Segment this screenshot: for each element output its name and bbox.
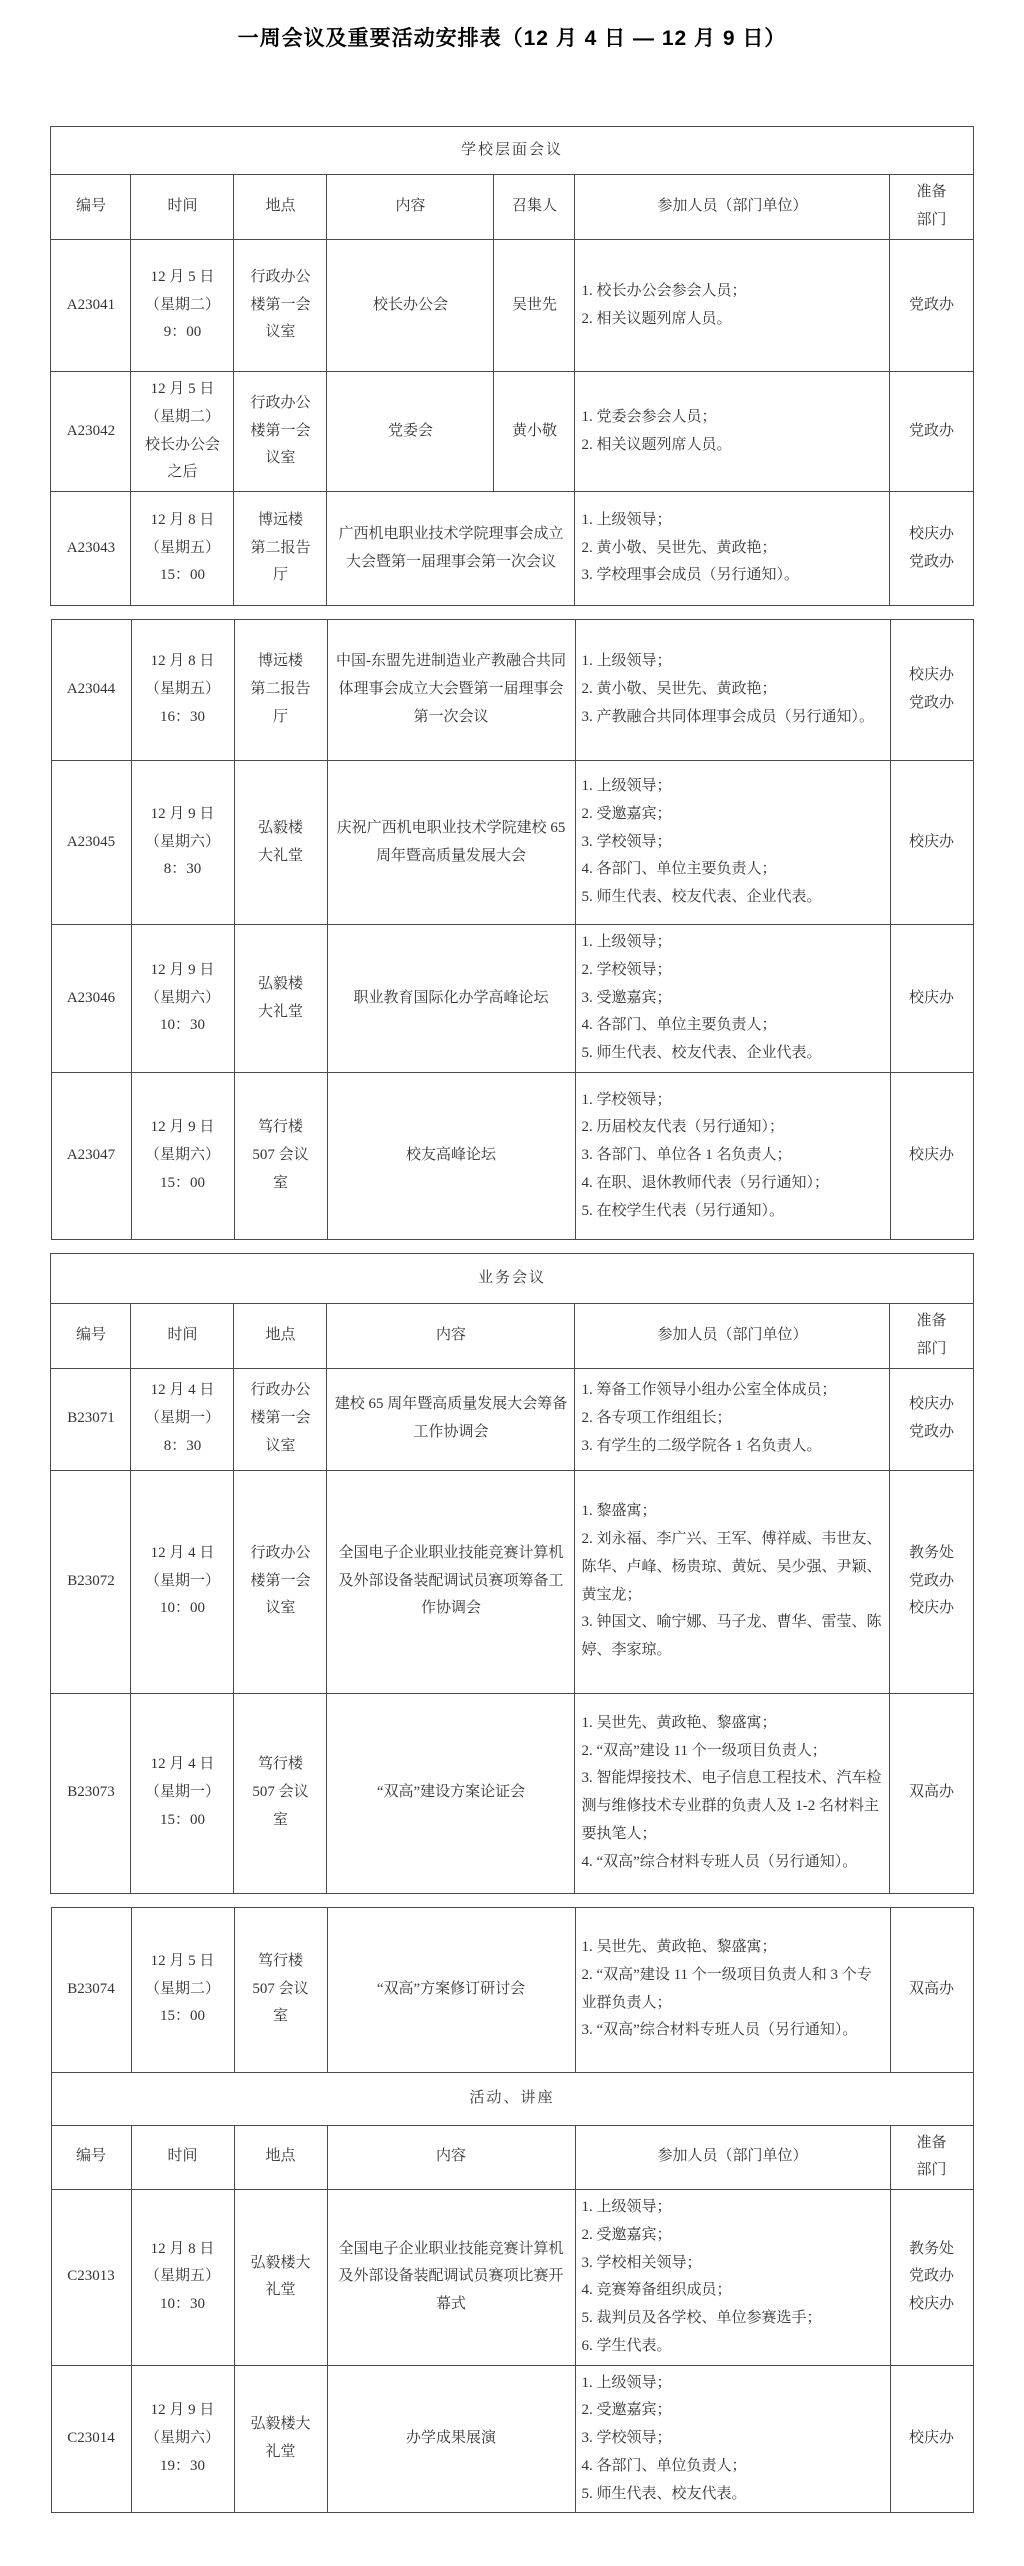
header-prep: 准备 部门	[890, 2125, 973, 2190]
cell-meeting-id: B23071	[51, 1368, 131, 1470]
participant-item: 2. 各专项工作组组长；	[581, 1405, 883, 1433]
table-row: A23045 12 月 9 日 （星期六） 8：30 弘毅楼 大礼堂 庆祝广西机…	[51, 761, 973, 925]
section-title-row: 学校层面会议	[51, 127, 973, 175]
table-row: A23044 12 月 8 日 （星期五） 16：30 博远楼 第二报告 厅 中…	[51, 620, 973, 761]
cell-place: 笃行楼 507 会议 室	[234, 1073, 327, 1240]
section-title-business: 业务会议	[51, 1254, 973, 1304]
participant-item: 3. 学校领导；	[582, 2425, 884, 2453]
header-place: 地点	[234, 2125, 327, 2190]
cell-prep-dept: 党政办	[890, 240, 973, 372]
cell-content: 广西机电职业技术学院理事会成立大会暨第一届理事会第一次会议	[327, 492, 575, 606]
cell-content: 建校 65 周年暨高质量发展大会筹备工作协调会	[327, 1368, 575, 1470]
participant-item: 4. “双高”综合材料专班人员（另行通知）。	[581, 1849, 883, 1877]
school-meetings-table-part2: A23044 12 月 8 日 （星期五） 16：30 博远楼 第二报告 厅 中…	[51, 619, 974, 1240]
participant-item: 5. 裁判员及各学校、单位参赛选手；	[582, 2305, 884, 2333]
cell-prep-dept: 校庆办 党政办	[890, 620, 973, 761]
participant-item: 5. 师生代表、校友代表、企业代表。	[582, 884, 884, 912]
participant-item: 5. 在校学生代表（另行通知）。	[582, 1198, 884, 1226]
table-row: A23046 12 月 9 日 （星期六） 10：30 弘毅楼 大礼堂 职业教育…	[51, 925, 973, 1073]
cell-place: 笃行楼 507 会议 室	[234, 1693, 327, 1893]
participant-item: 1. 上级领导；	[582, 773, 884, 801]
cell-prep-dept: 校庆办	[890, 2365, 973, 2513]
header-participants: 参加人员（部门单位）	[575, 1304, 890, 1369]
participant-item: 3. 受邀嘉宾；	[582, 985, 884, 1013]
section-title-row: 活动、讲座	[51, 2072, 973, 2125]
participant-item: 4. 各部门、单位负责人；	[582, 2453, 884, 2481]
cell-content: 全国电子企业职业技能竞赛计算机及外部设备装配调试员赛项筹备工作协调会	[327, 1470, 575, 1693]
participant-item: 2. 相关议题列席人员。	[581, 306, 883, 334]
cell-time: 12 月 8 日 （星期五） 10：30	[131, 2190, 234, 2366]
cell-participants: 1. 上级领导； 2. 受邀嘉宾； 3. 学校领导； 4. 各部门、单位负责人；…	[575, 2365, 890, 2513]
participant-item: 3. 智能焊接技术、电子信息工程技术、汽车检测与维修技术专业群的负责人及 1-2…	[581, 1765, 883, 1848]
header-id: 编号	[51, 2125, 131, 2190]
document-page: 一周会议及重要活动安排表（12 月 4 日 — 12 月 9 日） 学校层面会议…	[0, 0, 1024, 2566]
cell-participants: 1. 校长办公会参会人员； 2. 相关议题列席人员。	[575, 240, 890, 372]
table-row: B23073 12 月 4 日 （星期一） 15：00 笃行楼 507 会议 室…	[51, 1693, 973, 1893]
cell-time: 12 月 4 日 （星期一） 8：30	[131, 1368, 234, 1470]
header-place: 地点	[234, 175, 327, 240]
cell-time: 12 月 8 日 （星期五） 15：00	[131, 492, 234, 606]
header-id: 编号	[51, 1304, 131, 1369]
participant-item: 2. 受邀嘉宾；	[582, 2397, 884, 2425]
activities-table: B23074 12 月 5 日 （星期二） 15：00 笃行楼 507 会议 室…	[51, 1907, 974, 2514]
cell-place: 行政办公 楼第一会 议室	[234, 372, 327, 492]
cell-meeting-id: C23013	[51, 2190, 131, 2366]
header-place: 地点	[234, 1304, 327, 1369]
cell-prep-dept: 校庆办	[890, 761, 973, 925]
cell-participants: 1. 党委会参会人员； 2. 相关议题列席人员。	[575, 372, 890, 492]
cell-place: 博远楼 第二报告 厅	[234, 492, 327, 606]
cell-meeting-id: A23042	[51, 372, 131, 492]
participant-item: 3. 各部门、单位各 1 名负责人；	[582, 1142, 884, 1170]
participant-item: 1. 筹备工作领导小组办公室全体成员；	[581, 1377, 883, 1405]
header-row: 编号 时间 地点 内容 参加人员（部门单位） 准备 部门	[51, 1304, 973, 1369]
participant-item: 2. 受邀嘉宾；	[582, 801, 884, 829]
participant-item: 1. 学校领导；	[582, 1087, 884, 1115]
table-row: A23043 12 月 8 日 （星期五） 15：00 博远楼 第二报告 厅 广…	[51, 492, 973, 606]
cell-participants: 1. 上级领导； 2. 学校领导； 3. 受邀嘉宾； 4. 各部门、单位主要负责…	[575, 925, 890, 1073]
participant-item: 4. 各部门、单位主要负责人；	[582, 1012, 884, 1040]
cell-meeting-id: A23041	[51, 240, 131, 372]
cell-prep-dept: 双高办	[890, 1693, 973, 1893]
cell-place: 弘毅楼 大礼堂	[234, 761, 327, 925]
cell-time: 12 月 8 日 （星期五） 16：30	[131, 620, 234, 761]
header-time: 时间	[131, 1304, 234, 1369]
participant-item: 1. 校长办公会参会人员；	[581, 278, 883, 306]
participant-item: 3. 钟国文、喻宁娜、马子龙、曹华、雷莹、陈婷、李家琼。	[581, 1609, 883, 1665]
participant-item: 3. 产教融合共同体理事会成员（另行通知）。	[582, 704, 884, 732]
participant-item: 2. 黄小敬、吴世先、黄政艳；	[581, 535, 883, 563]
cell-prep-dept: 教务处 党政办 校庆办	[890, 1470, 973, 1693]
cell-content: 校长办公会	[327, 240, 494, 372]
cell-meeting-id: A23043	[51, 492, 131, 606]
cell-prep-dept: 教务处 党政办 校庆办	[890, 2190, 973, 2366]
table-row: B23071 12 月 4 日 （星期一） 8：30 行政办公 楼第一会 议室 …	[51, 1368, 973, 1470]
cell-participants: 1. 学校领导； 2. 历届校友代表（另行通知）； 3. 各部门、单位各 1 名…	[575, 1073, 890, 1240]
participant-item: 1. 黎盛寓；	[581, 1498, 883, 1526]
participant-item: 6. 学生代表。	[582, 2333, 884, 2361]
participant-item: 2. 相关议题列席人员。	[581, 432, 883, 460]
header-participants: 参加人员（部门单位）	[575, 2125, 890, 2190]
cell-participants: 1. 筹备工作领导小组办公室全体成员； 2. 各专项工作组组长； 3. 有学生的…	[575, 1368, 890, 1470]
participant-item: 3. “双高”综合材料专班人员（另行通知）。	[582, 2017, 884, 2045]
section-title-school: 学校层面会议	[51, 127, 973, 175]
table-row: C23014 12 月 9 日 （星期六） 19：30 弘毅楼大 礼堂 办学成果…	[51, 2365, 973, 2513]
business-meetings-table: 业务会议 编号 时间 地点 内容 参加人员（部门单位） 准备 部门 B23071…	[50, 1253, 973, 1894]
cell-prep-dept: 校庆办	[890, 1073, 973, 1240]
cell-content: 办学成果展演	[327, 2365, 575, 2513]
cell-meeting-id: A23045	[51, 761, 131, 925]
header-content: 内容	[327, 1304, 575, 1369]
cell-time: 12 月 5 日 （星期二） 校长办公会 之后	[131, 372, 234, 492]
page-title: 一周会议及重要活动安排表（12 月 4 日 — 12 月 9 日）	[0, 22, 1024, 52]
cell-content: “双高”建设方案论证会	[327, 1693, 575, 1893]
cell-place: 笃行楼 507 会议 室	[234, 1907, 327, 2072]
participant-item: 2. 刘永福、李广兴、王军、傅祥威、韦世友、陈华、卢峰、杨贵琼、黄妧、吴少强、尹…	[581, 1526, 883, 1609]
participant-item: 1. 上级领导；	[582, 648, 884, 676]
cell-meeting-id: C23014	[51, 2365, 131, 2513]
participant-item: 4. 竞赛筹备组织成员；	[582, 2277, 884, 2305]
cell-meeting-id: A23044	[51, 620, 131, 761]
participant-item: 3. 有学生的二级学院各 1 名负责人。	[581, 1433, 883, 1461]
participant-item: 3. 学校相关领导；	[582, 2250, 884, 2278]
participant-item: 1. 上级领导；	[582, 2370, 884, 2398]
cell-prep-dept: 党政办	[890, 372, 973, 492]
cell-place: 博远楼 第二报告 厅	[234, 620, 327, 761]
header-content: 内容	[327, 175, 494, 240]
participant-item: 3. 学校理事会成员（另行通知）。	[581, 562, 883, 590]
header-row: 编号 时间 地点 内容 参加人员（部门单位） 准备 部门	[51, 2125, 973, 2190]
section-title-activities: 活动、讲座	[51, 2072, 973, 2125]
participant-item: 2. 黄小敬、吴世先、黄政艳；	[582, 676, 884, 704]
header-id: 编号	[51, 175, 131, 240]
participant-item: 1. 上级领导；	[582, 929, 884, 957]
header-prep: 准备 部门	[890, 175, 973, 240]
cell-meeting-id: B23073	[51, 1693, 131, 1893]
cell-meeting-id: A23047	[51, 1073, 131, 1240]
cell-place: 弘毅楼大 礼堂	[234, 2365, 327, 2513]
header-prep: 准备 部门	[890, 1304, 973, 1369]
table-row: A23041 12 月 5 日 （星期二） 9：00 行政办公 楼第一会 议室 …	[51, 240, 973, 372]
cell-convener: 黄小敬	[494, 372, 575, 492]
cell-prep-dept: 校庆办 党政办	[890, 1368, 973, 1470]
cell-convener: 吴世先	[494, 240, 575, 372]
participant-item: 1. 上级领导；	[581, 507, 883, 535]
cell-content: 中国-东盟先进制造业产教融合共同体理事会成立大会暨第一届理事会第一次会议	[327, 620, 575, 761]
cell-meeting-id: B23074	[51, 1907, 131, 2072]
participant-item: 1. 吴世先、黄政艳、黎盛寓；	[581, 1710, 883, 1738]
participant-item: 1. 上级领导；	[582, 2194, 884, 2222]
cell-time: 12 月 4 日 （星期一） 15：00	[131, 1693, 234, 1893]
cell-prep-dept: 校庆办	[890, 925, 973, 1073]
participant-item: 1. 党委会参会人员；	[581, 404, 883, 432]
cell-place: 行政办公 楼第一会 议室	[234, 1368, 327, 1470]
cell-time: 12 月 9 日 （星期六） 15：00	[131, 1073, 234, 1240]
participant-item: 2. “双高”建设 11 个一级项目负责人；	[581, 1738, 883, 1766]
cell-participants: 1. 上级领导； 2. 黄小敬、吴世先、黄政艳； 3. 产教融合共同体理事会成员…	[575, 620, 890, 761]
cell-content: 党委会	[327, 372, 494, 492]
cell-time: 12 月 5 日 （星期二） 9：00	[131, 240, 234, 372]
cell-time: 12 月 4 日 （星期一） 10：00	[131, 1470, 234, 1693]
cell-participants: 1. 吴世先、黄政艳、黎盛寓； 2. “双高”建设 11 个一级项目负责人； 3…	[575, 1693, 890, 1893]
cell-content: 全国电子企业职业技能竞赛计算机及外部设备装配调试员赛项比赛开幕式	[327, 2190, 575, 2366]
participant-item: 5. 师生代表、校友代表。	[582, 2481, 884, 2509]
cell-time: 12 月 9 日 （星期六） 19：30	[131, 2365, 234, 2513]
cell-meeting-id: A23046	[51, 925, 131, 1073]
section-title-row: 业务会议	[51, 1254, 973, 1304]
header-time: 时间	[131, 2125, 234, 2190]
cell-prep-dept: 校庆办 党政办	[890, 492, 973, 606]
participant-item: 2. “双高”建设 11 个一级项目负责人和 3 个专业群负责人；	[582, 1962, 884, 2018]
school-meetings-table-part1: 学校层面会议 编号 时间 地点 内容 召集人 参加人员（部门单位） 准备 部门 …	[50, 126, 973, 606]
cell-place: 行政办公 楼第一会 议室	[234, 1470, 327, 1693]
cell-place: 弘毅楼大 礼堂	[234, 2190, 327, 2366]
cell-participants: 1. 上级领导； 2. 受邀嘉宾； 3. 学校相关领导； 4. 竞赛筹备组织成员…	[575, 2190, 890, 2366]
header-time: 时间	[131, 175, 234, 240]
cell-participants: 1. 上级领导； 2. 受邀嘉宾； 3. 学校领导； 4. 各部门、单位主要负责…	[575, 761, 890, 925]
participant-item: 4. 各部门、单位主要负责人；	[582, 856, 884, 884]
participant-item: 2. 学校领导；	[582, 957, 884, 985]
cell-participants: 1. 黎盛寓； 2. 刘永福、李广兴、王军、傅祥威、韦世友、陈华、卢峰、杨贵琼、…	[575, 1470, 890, 1693]
participant-item: 2. 历届校友代表（另行通知）；	[582, 1114, 884, 1142]
cell-time: 12 月 5 日 （星期二） 15：00	[131, 1907, 234, 2072]
table-row: A23047 12 月 9 日 （星期六） 15：00 笃行楼 507 会议 室…	[51, 1073, 973, 1240]
cell-meeting-id: B23072	[51, 1470, 131, 1693]
header-row: 编号 时间 地点 内容 召集人 参加人员（部门单位） 准备 部门	[51, 175, 973, 240]
cell-prep-dept: 双高办	[890, 1907, 973, 2072]
cell-place: 行政办公 楼第一会 议室	[234, 240, 327, 372]
table-row: B23072 12 月 4 日 （星期一） 10：00 行政办公 楼第一会 议室…	[51, 1470, 973, 1693]
participant-item: 5. 师生代表、校友代表、企业代表。	[582, 1040, 884, 1068]
cell-participants: 1. 上级领导； 2. 黄小敬、吴世先、黄政艳； 3. 学校理事会成员（另行通知…	[575, 492, 890, 606]
cell-content: “双高”方案修订研讨会	[327, 1907, 575, 2072]
cell-content: 校友高峰论坛	[327, 1073, 575, 1240]
participant-item: 2. 受邀嘉宾；	[582, 2222, 884, 2250]
header-convener: 召集人	[494, 175, 575, 240]
table-row: C23013 12 月 8 日 （星期五） 10：30 弘毅楼大 礼堂 全国电子…	[51, 2190, 973, 2366]
header-participants: 参加人员（部门单位）	[575, 175, 890, 240]
table-row: A23042 12 月 5 日 （星期二） 校长办公会 之后 行政办公 楼第一会…	[51, 372, 973, 492]
cell-place: 弘毅楼 大礼堂	[234, 925, 327, 1073]
cell-time: 12 月 9 日 （星期六） 10：30	[131, 925, 234, 1073]
cell-content: 职业教育国际化办学高峰论坛	[327, 925, 575, 1073]
participant-item: 1. 吴世先、黄政艳、黎盛寓；	[582, 1934, 884, 1962]
header-content: 内容	[327, 2125, 575, 2190]
cell-content: 庆祝广西机电职业技术学院建校 65 周年暨高质量发展大会	[327, 761, 575, 925]
cell-participants: 1. 吴世先、黄政艳、黎盛寓； 2. “双高”建设 11 个一级项目负责人和 3…	[575, 1907, 890, 2072]
participant-item: 3. 学校领导；	[582, 829, 884, 857]
table-row: B23074 12 月 5 日 （星期二） 15：00 笃行楼 507 会议 室…	[51, 1907, 973, 2072]
cell-time: 12 月 9 日 （星期六） 8：30	[131, 761, 234, 925]
participant-item: 4. 在职、退休教师代表（另行通知）；	[582, 1170, 884, 1198]
